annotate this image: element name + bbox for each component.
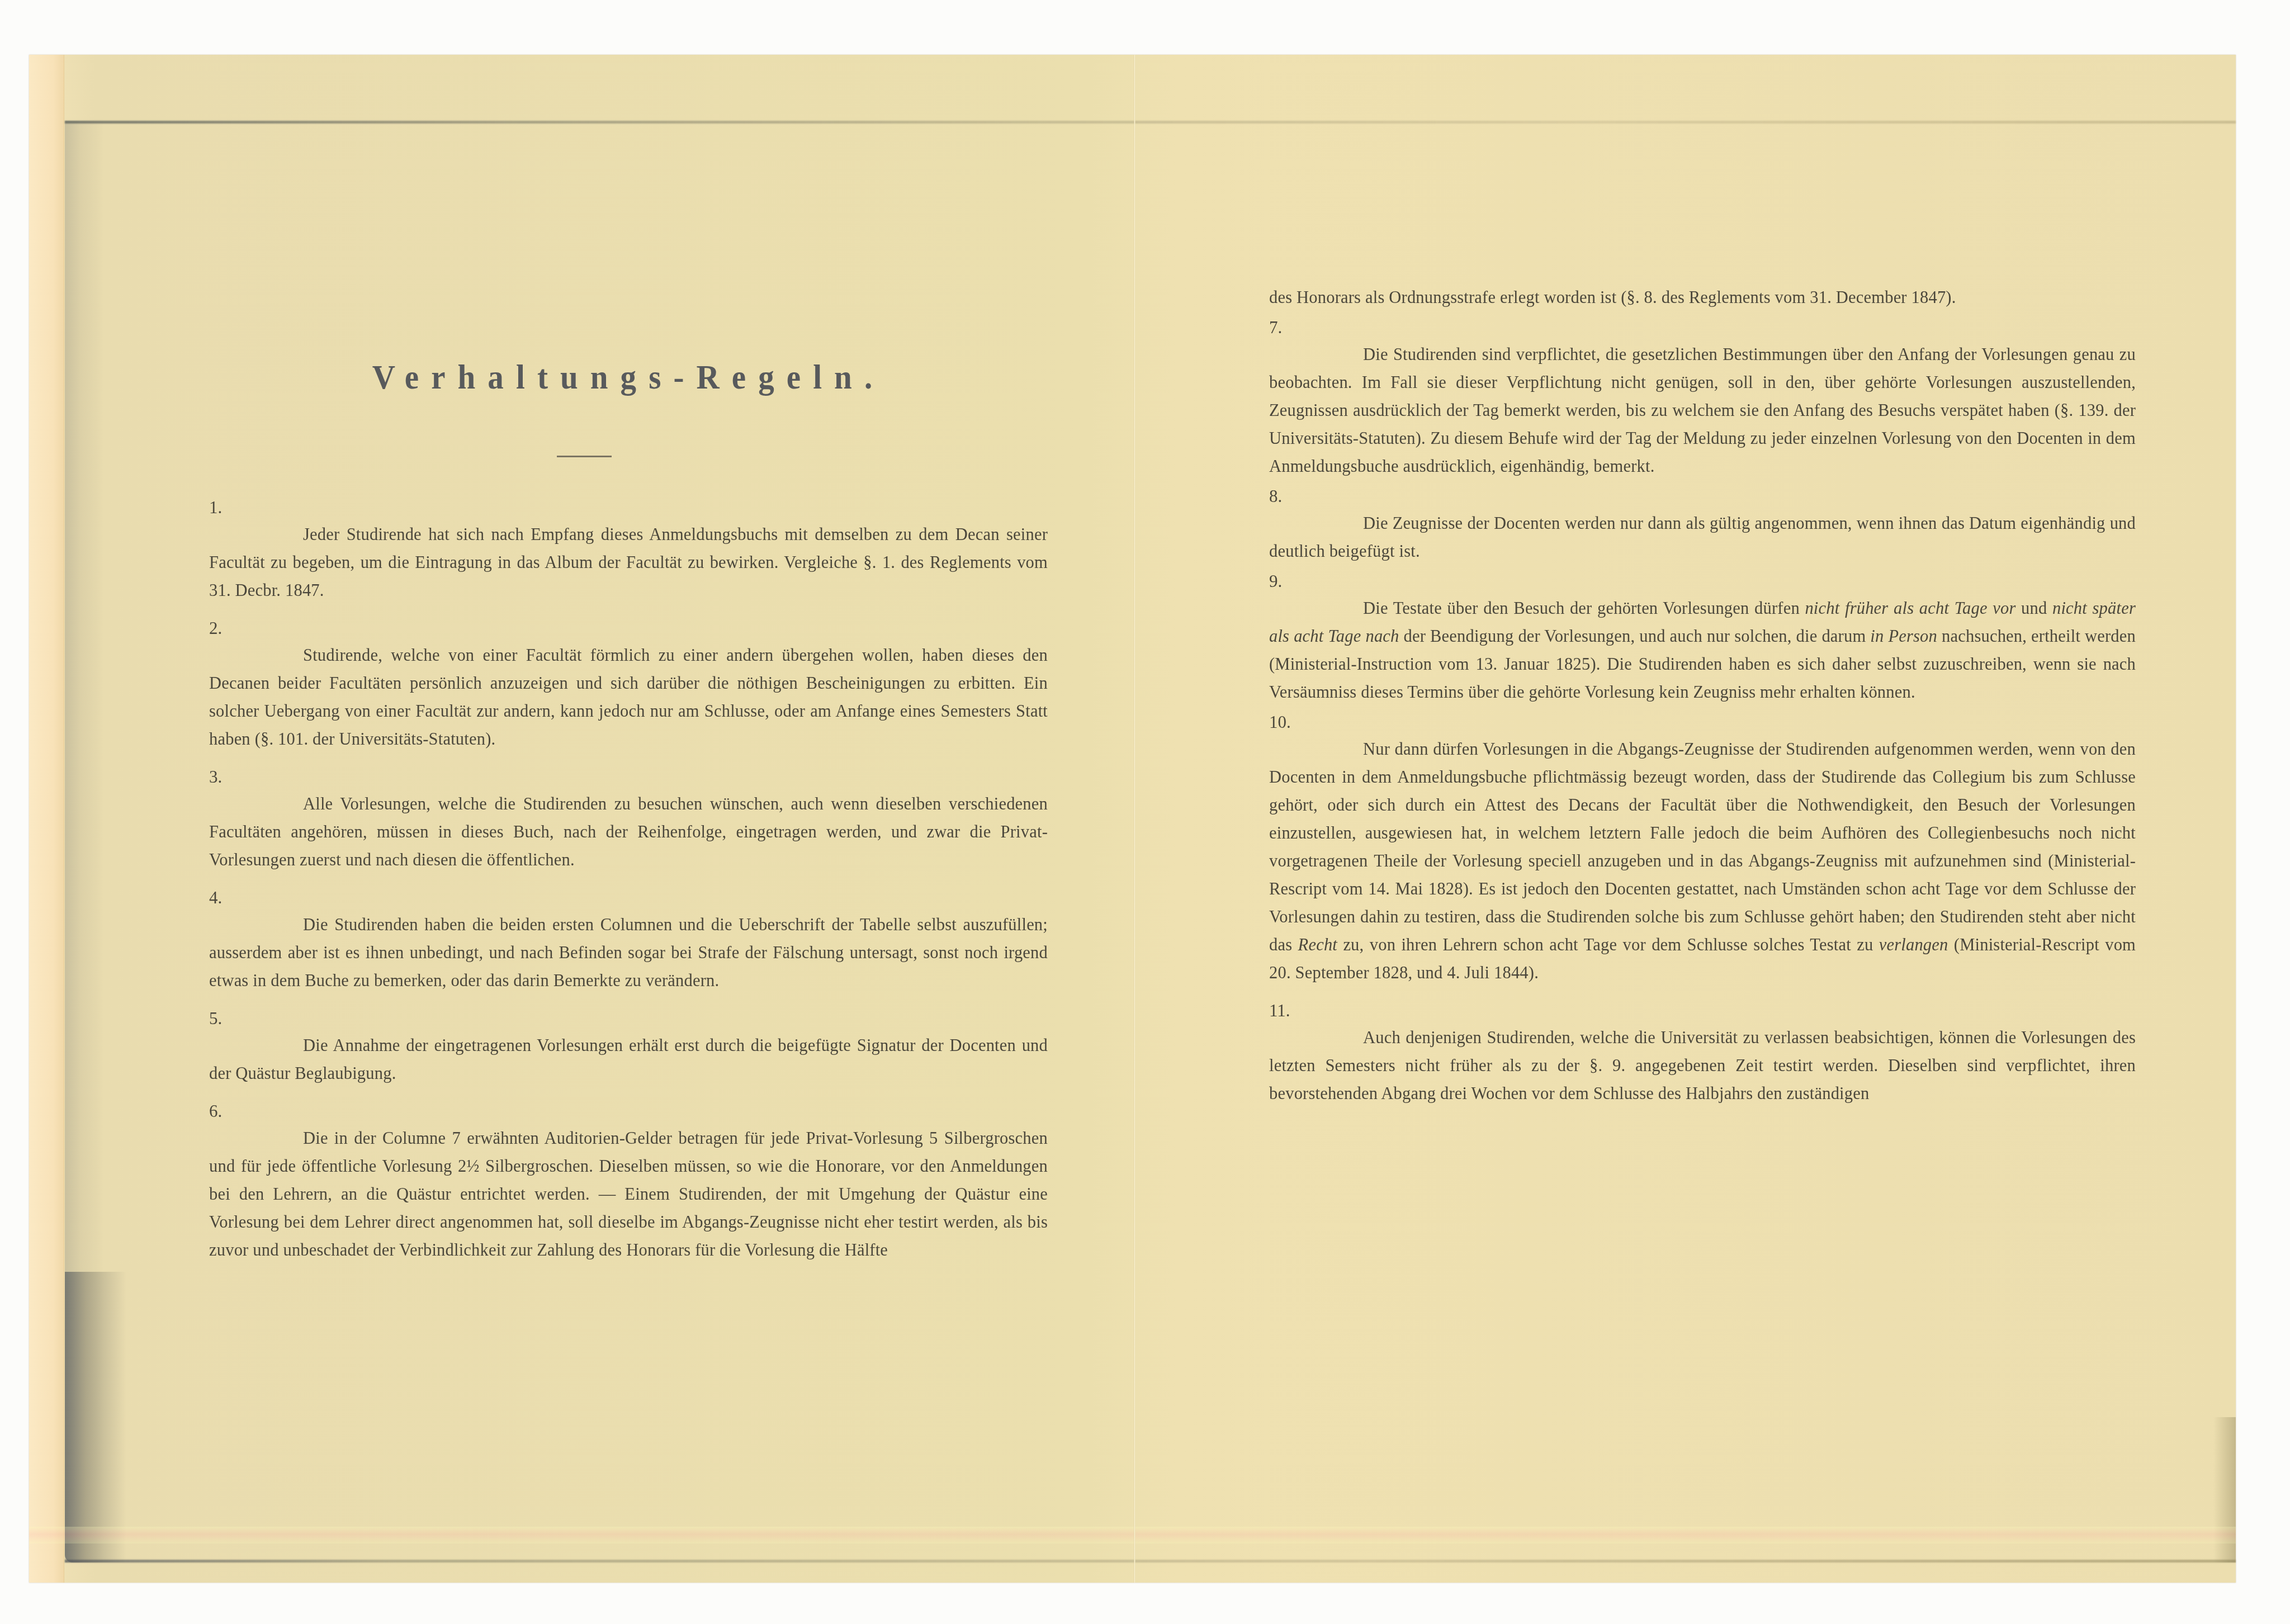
document-title: Verhaltungs-Regeln.	[243, 358, 1014, 397]
edge-stain-corner	[65, 1272, 126, 1563]
rule-number: 2.	[209, 615, 1048, 641]
emphasized-text: Recht	[1298, 935, 1337, 954]
text-segment: der Beendigung der Vorlesungen, und auch…	[1399, 627, 1871, 646]
mounting-strip	[29, 55, 64, 1583]
rule-number: 4.	[209, 885, 1048, 911]
rule-number: 6.	[209, 1099, 1048, 1124]
left-page-body: 1.Jeder Studirende hat sich nach Empfang…	[209, 495, 1048, 1267]
center-fold	[1134, 55, 1135, 1583]
scanned-document: Verhaltungs-Regeln. 1.Jeder Studirende h…	[0, 0, 2290, 1624]
rule-number: 10.	[1269, 709, 2136, 735]
rule-paragraph: Die Zeugnisse der Docenten werden nur da…	[1269, 509, 2136, 565]
rule-number: 8.	[1269, 484, 2136, 509]
rule-number: 1.	[209, 495, 1048, 520]
rule-paragraph: Studirende, welche von einer Facultät fö…	[209, 641, 1048, 753]
rule-paragraph: Die Studirenden haben die beiden ersten …	[209, 911, 1048, 995]
continuation-text: des Honorars als Ordnungsstrafe erlegt w…	[1269, 283, 2136, 311]
title-divider	[557, 456, 612, 457]
rule-paragraph: Auch denjenigen Studirenden, welche die …	[1269, 1024, 2136, 1107]
rule-number: 9.	[1269, 569, 2136, 594]
rule-number: 7.	[1269, 315, 2136, 340]
rule-paragraph: Alle Vorlesungen, welche die Studirenden…	[209, 790, 1048, 874]
rule-paragraph: Die in der Columne 7 erwähnten Auditorie…	[209, 1124, 1048, 1264]
rule-number: 5.	[209, 1006, 1048, 1031]
rule-paragraph: Die Annahme der eingetragenen Vorlesunge…	[209, 1031, 1048, 1087]
rule-number: 3.	[209, 764, 1048, 790]
text-segment: und	[2015, 599, 2052, 618]
rule-paragraph: Die Testate über den Besuch der gehörten…	[1269, 594, 2136, 706]
rule-paragraph: Jeder Studirende hat sich nach Empfang d…	[209, 520, 1048, 604]
rule-paragraph: Nur dann dürfen Vorlesungen in die Abgan…	[1269, 735, 2136, 987]
rule-paragraph: Die Studirenden sind verpflichtet, die g…	[1269, 340, 2136, 480]
emphasized-text: in Person	[1870, 627, 1937, 646]
stain-line-bottom	[65, 1560, 2236, 1563]
emphasized-text: verlangen	[1879, 935, 1948, 954]
emphasized-text: nicht früher als acht Tage vor	[1805, 599, 2015, 618]
rule-number: 11.	[1269, 998, 2136, 1024]
text-segment: zu, von ihren Lehrern schon acht Tage vo…	[1337, 935, 1879, 954]
text-segment: Nur dann dürfen Vorlesungen in die Abgan…	[1269, 740, 2136, 954]
scanner-artifact-band	[29, 1527, 2236, 1543]
stain-line-top	[65, 121, 2236, 124]
text-segment: Die Testate über den Besuch der gehörten…	[1363, 599, 1805, 618]
right-page-body: des Honorars als Ordnungsstrafe erlegt w…	[1269, 283, 2136, 1111]
